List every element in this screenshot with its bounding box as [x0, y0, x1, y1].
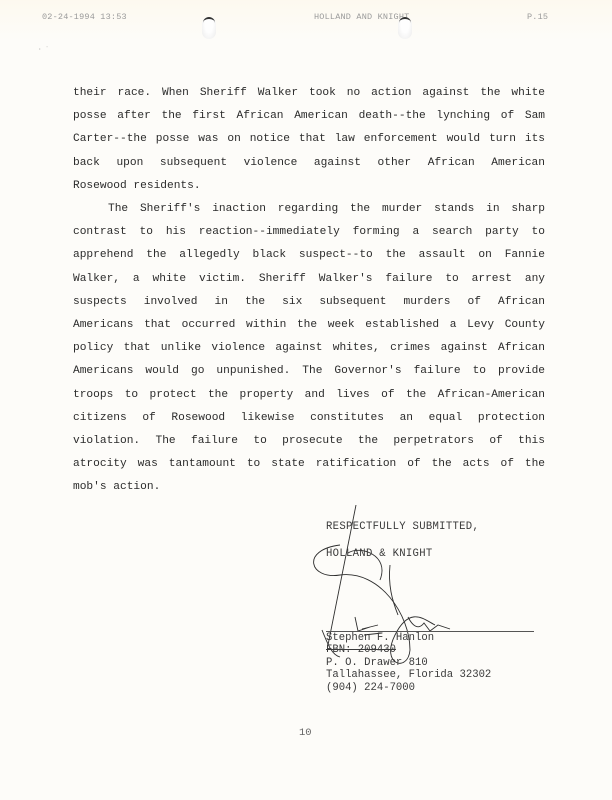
phone-number: (904) 224-7000	[326, 682, 491, 694]
text-line: mob's action.	[73, 476, 545, 499]
paragraph: The Sheriff's inaction regarding the mur…	[73, 198, 545, 500]
text-line: back upon subsequent violence against ot…	[73, 152, 545, 175]
page-number: 10	[299, 727, 312, 739]
punch-hole-icon	[202, 17, 216, 39]
fax-header: 02-24-1994 13:53 HOLLAND AND KNIGHT P.15	[0, 12, 612, 26]
fax-sender: HOLLAND AND KNIGHT	[314, 12, 409, 22]
text-line: citizens of Rosewood likewise constitute…	[73, 407, 545, 430]
address-line-1: P. O. Drawer 810	[326, 657, 491, 669]
text-line: Carter--the posse was on notice that law…	[73, 128, 545, 151]
fax-page-number: P.15	[527, 12, 548, 22]
text-line: violation. The failure to prosecute the …	[73, 430, 545, 453]
document-body: their race. When Sheriff Walker took no …	[73, 82, 545, 500]
text-line: atrocity was tantamount to state ratific…	[73, 453, 545, 476]
document-page: 02-24-1994 13:53 HOLLAND AND KNIGHT P.15…	[0, 0, 612, 800]
text-line: suspects involved in the six subsequent …	[73, 291, 545, 314]
text-line: their race. When Sheriff Walker took no …	[73, 82, 545, 105]
text-line: The Sheriff's inaction regarding the mur…	[73, 198, 545, 221]
text-line: Walker, a white victim. Sheriff Walker's…	[73, 268, 545, 291]
text-line: Rosewood residents.	[73, 175, 545, 198]
signatory-details: Stephen F. Hanlon FBN: 209430 P. O. Draw…	[326, 632, 491, 694]
text-line: contrast to his reaction--immediately fo…	[73, 221, 545, 244]
punch-hole-icon	[398, 17, 412, 39]
text-line: Americans that occurred within the week …	[73, 314, 545, 337]
signatory-name: Stephen F. Hanlon	[326, 632, 491, 644]
paragraph: their race. When Sheriff Walker took no …	[73, 82, 545, 198]
text-line: posse after the first African American d…	[73, 105, 545, 128]
fax-timestamp: 02-24-1994 13:53	[42, 12, 127, 22]
signature-closing: RESPECTFULLY SUBMITTED,	[326, 521, 479, 533]
text-line: apprehend the allegedly black suspect--t…	[73, 244, 545, 267]
bar-number: FBN: 209430	[326, 644, 491, 656]
text-line: Americans would go unpunished. The Gover…	[73, 360, 545, 383]
text-line: policy that unlike violence against whit…	[73, 337, 545, 360]
text-line: troops to protect the property and lives…	[73, 384, 545, 407]
scan-specks: · ˙	[38, 46, 49, 53]
signature-firm: HOLLAND & KNIGHT	[326, 548, 433, 560]
address-line-2: Tallahassee, Florida 32302	[326, 669, 491, 681]
